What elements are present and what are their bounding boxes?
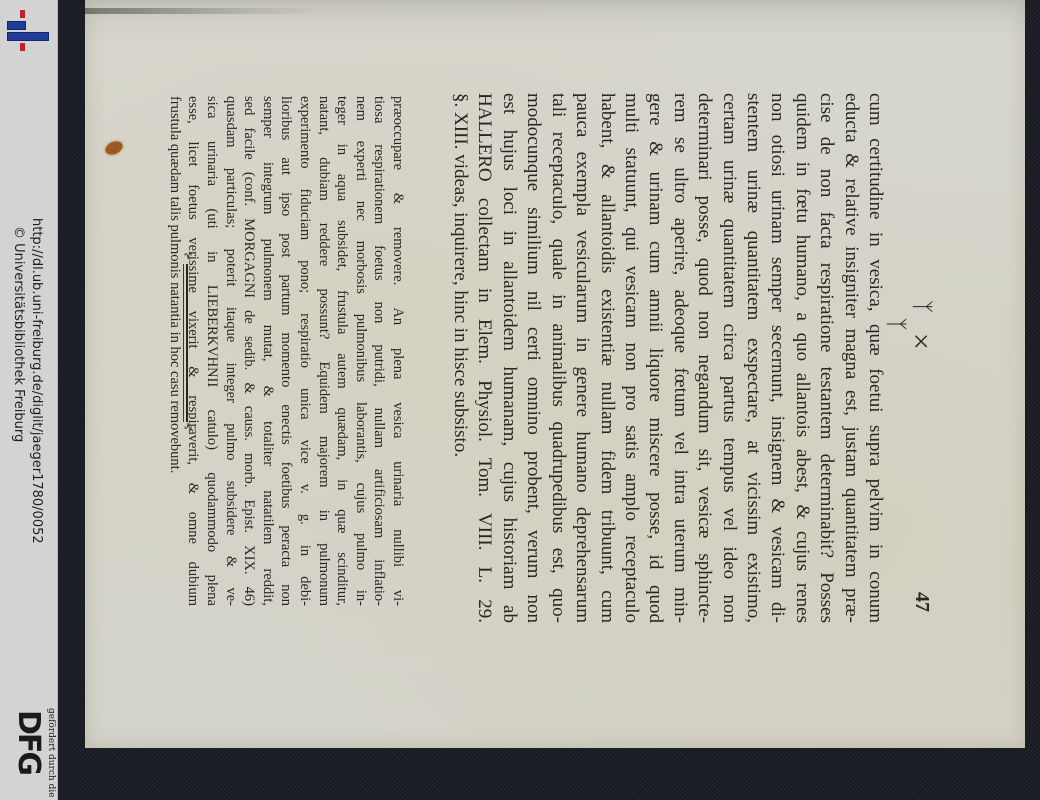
text-line: habent, & allantoidis existentiæ nullam … (594, 93, 618, 623)
page-number: 47 (910, 592, 933, 612)
rule-line-thin (183, 264, 184, 422)
document-url[interactable]: http://dl.ub.uni-freiburg.de/diglit/jaeg… (29, 218, 44, 544)
library-logo-icon[interactable] (6, 10, 48, 50)
dfg-logo: DFG gefördert durch die (4, 700, 54, 795)
text-line: non otiosi urinam semper secernunt, insi… (765, 93, 789, 623)
footnote-line: nem experti nec morbosis pulmonibus labo… (351, 96, 370, 606)
footnote-line: lioribus aut ipso post partum momento en… (277, 96, 296, 606)
footnote-line: natant, dubiam reddere possunt? Equidem … (314, 96, 333, 606)
footnote-line: frustula quædam talis pulmonis natantia … (165, 96, 184, 606)
rule-line (186, 264, 188, 422)
footnote-line: quasdam particulas; poterit itaque integ… (221, 96, 240, 606)
text-line: pauca exempla vesicularum in genere huma… (570, 93, 594, 623)
main-text-block: cum certitudine in vesica, quæ foetui su… (448, 93, 887, 623)
viewer-sidebar: http://dl.ub.uni-freiburg.de/diglit/jaeg… (0, 0, 58, 800)
text-line: modocunque similium nil certi omnino pro… (521, 93, 545, 623)
header-ornament-icon: ᛉ ✕ ᛉ (883, 298, 935, 358)
text-line: cise de non facta respiratione testantem… (814, 93, 838, 623)
footnote-line: sica urinaria (uti in LIEBERKVHNII catul… (202, 96, 221, 606)
text-line: stentem urinæ quantitatem exspectare, at… (741, 93, 765, 623)
text-line: cum certitudine in vesica, quæ foetui su… (863, 93, 887, 623)
text-line: HALLERO collectam in Elem. Physiol. Tom.… (472, 93, 496, 623)
text-line: tali receptaculo, quale in animalibus qu… (545, 93, 569, 623)
footnote-line: præoccupare & removere. An plena vesica … (388, 96, 407, 606)
page-content-rotated: ᛉ ✕ ᛉ 47 cum certitudine in vesica, quæ … (85, 0, 1025, 748)
copyright-notice: © Universitätsbibliothek Freiburg (11, 226, 26, 442)
text-line: est hujus loci in allantoidem humanam, c… (497, 93, 521, 623)
text-line: educta & relative insigniter magna est, … (838, 93, 862, 623)
footnote-line: teger in aqua subsidet, frustula autem q… (333, 96, 352, 606)
text-line: gere & urinam cum amnii liquore miscere … (643, 93, 667, 623)
text-line: certam urinæ quantitatem circa partus te… (716, 93, 740, 623)
rule-ornament-left-icon: ⊱ (182, 252, 193, 260)
dfg-caption: gefördert durch die (46, 708, 56, 798)
footnote-line: semper integrum pulmonem mutat, & totali… (258, 96, 277, 606)
text-line: determinari posse, quod non negandum sit… (692, 93, 716, 623)
footnote-line: sed facile (conf. MORGAGNI de sedib. & c… (240, 96, 259, 606)
text-line: rem se ultro aperire, adeoque fœtum vel … (667, 93, 691, 623)
rule-ornament-right-icon: ⊰ (182, 422, 193, 430)
text-line: multi statuunt, qui vesicam non pro sati… (619, 93, 643, 623)
footnote-block: præoccupare & removere. An plena vesica … (165, 96, 407, 606)
dfg-logo-mark: DFG (12, 710, 44, 790)
text-line: quidem in fœtu humano, a quo allantois a… (789, 93, 813, 623)
text-line: §. XIII. videas, inquirere, hinc in hisc… (448, 93, 472, 623)
footnote-line: tiosa respirationem foetus non putridi, … (370, 96, 389, 606)
decorative-rule: ⊱ ⊰ (183, 252, 189, 430)
footnote-line: experimento fiduciam pono; respiratio un… (295, 96, 314, 606)
